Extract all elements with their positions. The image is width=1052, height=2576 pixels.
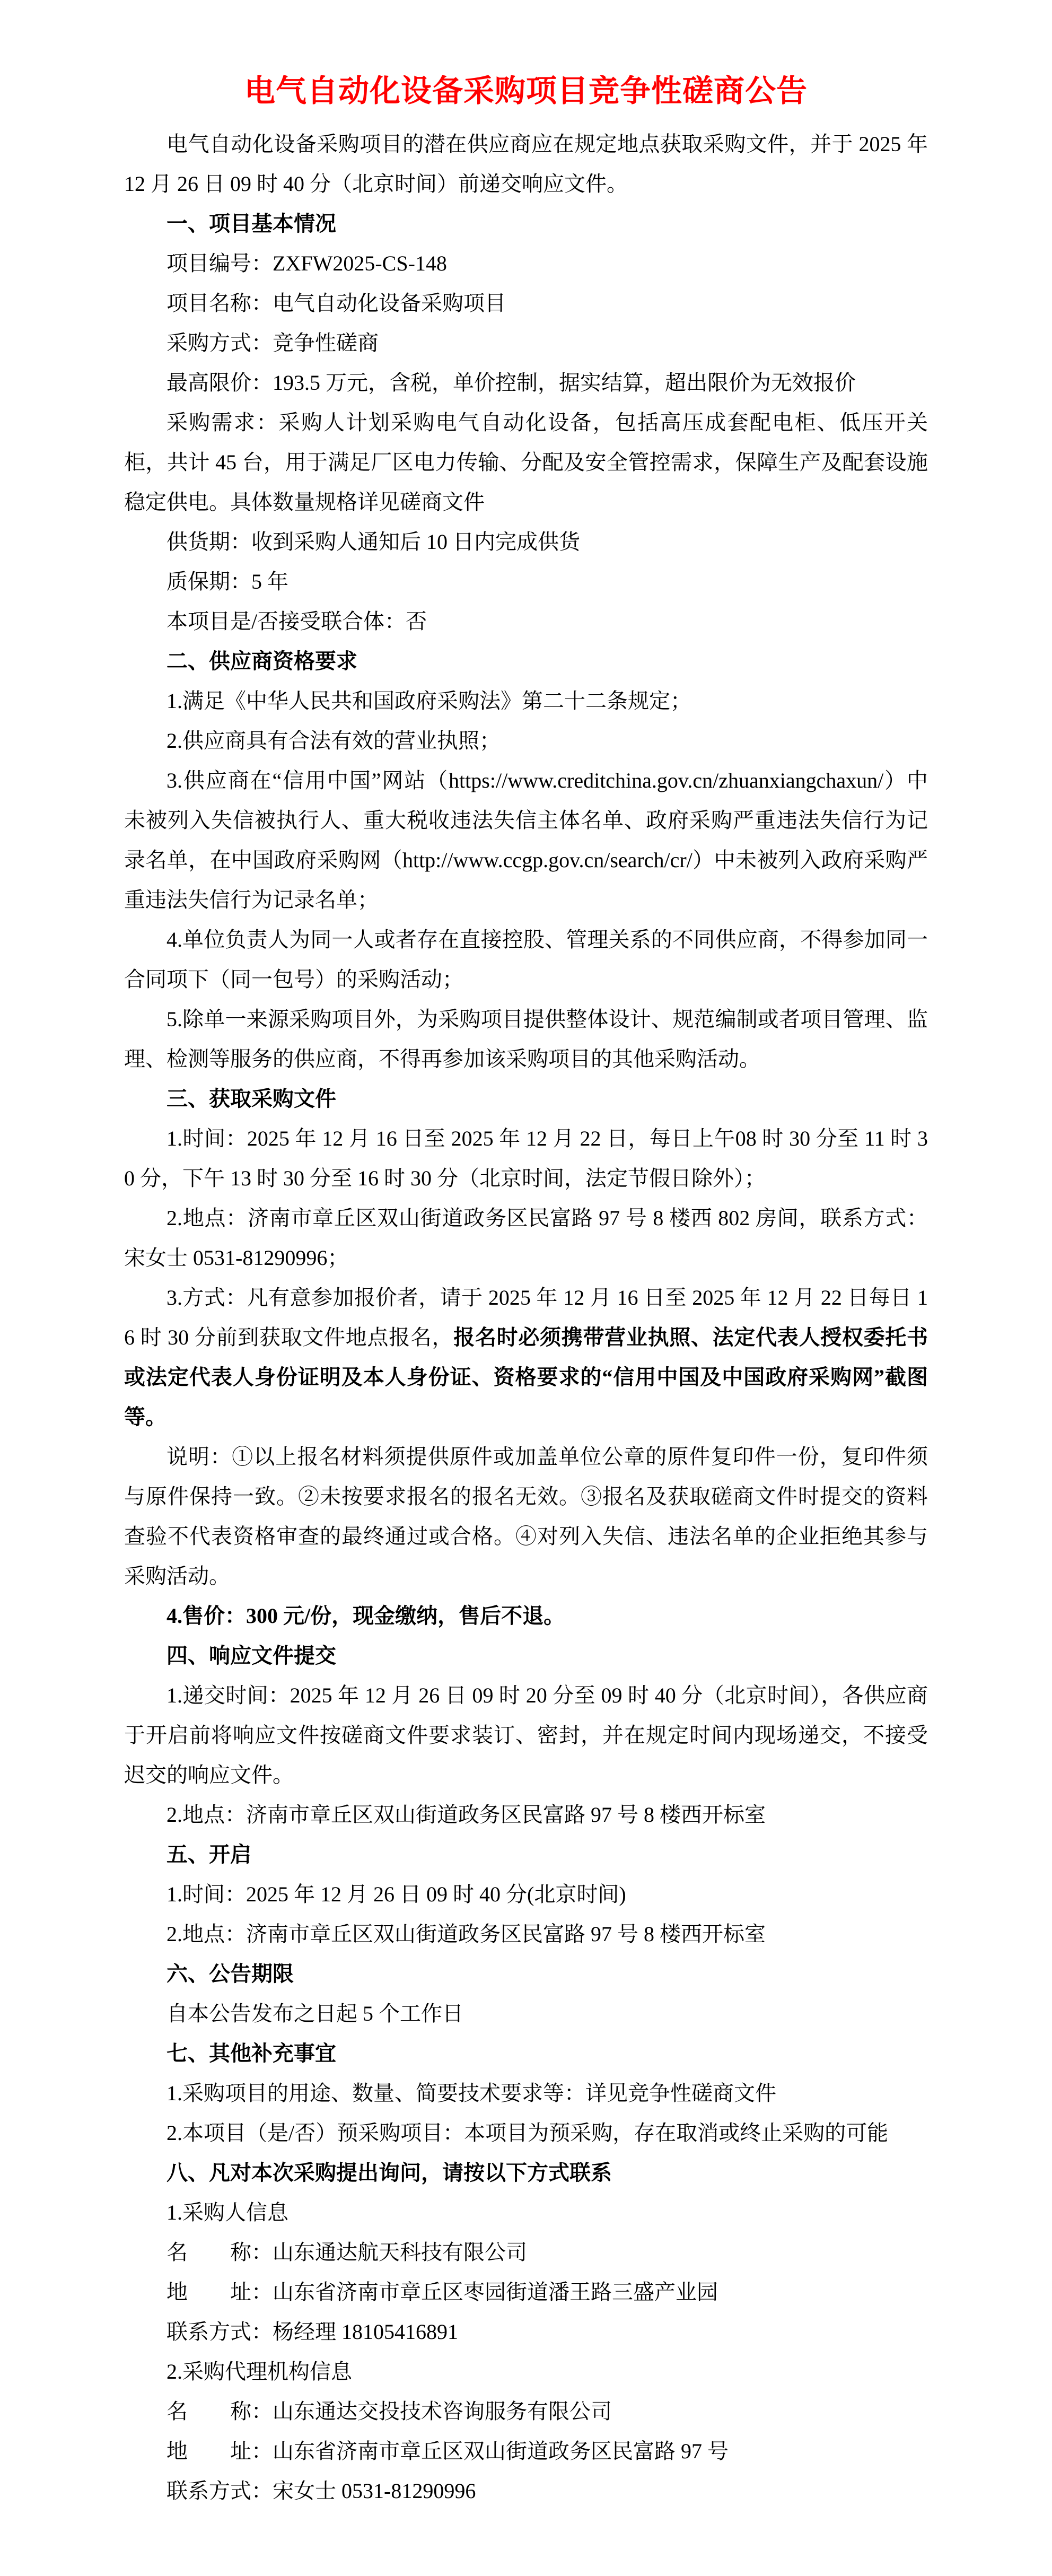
text-run: 2.地点：济南市章丘区双山街道政务区民富路 97 号 8 楼西开标室 — [166, 1922, 766, 1946]
text-run: 1.采购项目的用途、数量、简要技术要求等：详见竞争性磋商文件 — [166, 2081, 776, 2105]
doc-content: 电气自动化设备采购项目的潜在供应商应在规定地点获取采购文件，并于 2025 年 … — [0, 124, 1052, 2511]
agency-contact: 联系方式：宋女士 0531-81290996 — [124, 2471, 928, 2511]
text-run: 地 址：山东省济南市章丘区双山街道政务区民富路 97 号 — [166, 2439, 729, 2463]
bold-text-run: 六、公告期限 — [166, 1962, 294, 1986]
purchaser-name: 名 称：山东通达航天科技有限公司 — [124, 2232, 928, 2272]
submit-time: 1.递交时间：2025 年 12 月 26 日 09 时 20 分至 09 时 … — [124, 1675, 928, 1795]
bold-text-run: 三、获取采购文件 — [166, 1087, 336, 1111]
text-run: 电气自动化设备采购项目的潜在供应商应在规定地点获取采购文件，并于 2025 年 … — [124, 132, 928, 196]
obtain-method: 3.方式：凡有意参加报价者，请于 2025 年 12 月 16 日至 2025 … — [124, 1278, 928, 1437]
document-price: 4.售价：300 元/份，现金缴纳，售后不退。 — [124, 1596, 928, 1636]
qualification-item-1: 1.满足《中华人民共和国政府采购法》第二十二条规定； — [124, 681, 928, 721]
doc-title: 电气自动化设备采购项目竞争性磋商公告 — [0, 0, 1052, 124]
text-run: 项目编号：ZXFW2025-CS-148 — [166, 251, 447, 275]
section-1-heading: 一、项目基本情况 — [124, 204, 928, 243]
bold-text-run: 二、供应商资格要求 — [166, 649, 357, 673]
qualification-item-4: 4.单位负责人为同一人或者存在直接控股、管理关系的不同供应商，不得参加同一合同项… — [124, 920, 928, 999]
text-run: 2.地点：济南市章丘区双山街道政务区民富路 97 号 8 楼西开标室 — [166, 1803, 766, 1827]
bold-text-run: 一、项目基本情况 — [166, 212, 336, 235]
text-run: 5.除单一来源采购项目外，为采购项目提供整体设计、规范编制或者项目管理、监理、检… — [124, 1007, 928, 1071]
obtain-note: 说明：①以上报名材料须提供原件或加盖单位公章的原件复印件一份，复印件须与原件保持… — [124, 1437, 928, 1596]
document-page: 电气自动化设备采购项目竞争性磋商公告 电气自动化设备采购项目的潜在供应商应在规定… — [0, 0, 1052, 2576]
text-run: 自本公告发布之日起 5 个工作日 — [166, 2002, 463, 2025]
supply-period: 供货期：收到采购人通知后 10 日内完成供货 — [124, 522, 928, 562]
project-name: 项目名称：电气自动化设备采购项目 — [124, 283, 928, 323]
text-run: 4.单位负责人为同一人或者存在直接控股、管理关系的不同供应商，不得参加同一合同项… — [124, 928, 928, 991]
purchaser-address: 地 址：山东省济南市章丘区枣园街道潘王路三盛产业园 — [124, 2272, 928, 2312]
section-3-heading: 三、获取采购文件 — [124, 1079, 928, 1119]
qualification-item-3: 3.供应商在“信用中国”网站（https://www.creditchina.g… — [124, 761, 928, 920]
text-run: 项目名称：电气自动化设备采购项目 — [166, 291, 506, 315]
text-run: 联系方式：宋女士 0531-81290996 — [166, 2479, 476, 2503]
text-run: 1.时间：2025 年 12 月 26 日 09 时 40 分(北京时间) — [166, 1882, 626, 1906]
procurement-demand: 采购需求：采购人计划采购电气自动化设备，包括高压成套配电柜、低压开关柜，共计 4… — [124, 403, 928, 522]
agency-name: 名 称：山东通达交投技术咨询服务有限公司 — [124, 2391, 928, 2431]
text-run: 2.本项目（是/否）预采购项目：本项目为预采购，存在取消或终止采购的可能 — [166, 2121, 888, 2145]
submit-place: 2.地点：济南市章丘区双山街道政务区民富路 97 号 8 楼西开标室 — [124, 1795, 928, 1835]
purchaser-contact: 联系方式：杨经理 18105416891 — [124, 2312, 928, 2352]
supplement-item-2: 2.本项目（是/否）预采购项目：本项目为预采购，存在取消或终止采购的可能 — [124, 2113, 928, 2153]
supplement-item-1: 1.采购项目的用途、数量、简要技术要求等：详见竞争性磋商文件 — [124, 2073, 928, 2113]
text-run: 采购需求：采购人计划采购电气自动化设备，包括高压成套配电柜、低压开关柜，共计 4… — [124, 411, 928, 514]
section-6-heading: 六、公告期限 — [124, 1954, 928, 1994]
bold-text-run: 八、凡对本次采购提出询问，请按以下方式联系 — [166, 2161, 612, 2185]
bold-text-run: 4.售价：300 元/份，现金缴纳，售后不退。 — [166, 1604, 565, 1628]
procurement-method: 采购方式：竞争性磋商 — [124, 323, 928, 363]
purchaser-info-label: 1.采购人信息 — [124, 2193, 928, 2232]
text-run: 3.供应商在“信用中国”网站（https://www.creditchina.g… — [124, 769, 928, 912]
bold-text-run: 五、开启 — [166, 1843, 251, 1866]
text-run: 2.采购代理机构信息 — [166, 2360, 352, 2383]
text-run: 2.地点：济南市章丘区双山街道政务区民富路 97 号 8 楼西 802 房间，联… — [124, 1206, 928, 1270]
agency-info-label: 2.采购代理机构信息 — [124, 2352, 928, 2391]
announcement-period: 自本公告发布之日起 5 个工作日 — [124, 1994, 928, 2033]
consortium: 本项目是/否接受联合体：否 — [124, 601, 928, 641]
text-run: 说明：①以上报名材料须提供原件或加盖单位公章的原件复印件一份，复印件须与原件保持… — [124, 1445, 928, 1588]
project-number: 项目编号：ZXFW2025-CS-148 — [124, 243, 928, 283]
open-time: 1.时间：2025 年 12 月 26 日 09 时 40 分(北京时间) — [124, 1874, 928, 1914]
text-run: 名 称：山东通达航天科技有限公司 — [166, 2240, 527, 2264]
text-run: 联系方式：杨经理 18105416891 — [166, 2320, 458, 2344]
text-run: 质保期：5 年 — [166, 570, 288, 593]
section-5-heading: 五、开启 — [124, 1835, 928, 1874]
open-place: 2.地点：济南市章丘区双山街道政务区民富路 97 号 8 楼西开标室 — [124, 1914, 928, 1954]
text-run: 采购方式：竞争性磋商 — [166, 331, 379, 355]
section-7-heading: 七、其他补充事宜 — [124, 2033, 928, 2073]
text-run: 1.递交时间：2025 年 12 月 26 日 09 时 20 分至 09 时 … — [124, 1683, 928, 1787]
text-run: 最高限价：193.5 万元，含税，单价控制，据实结算，超出限价为无效报价 — [166, 371, 856, 395]
bold-text-run: 七、其他补充事宜 — [166, 2041, 336, 2065]
text-run: 2.供应商具有合法有效的营业执照； — [166, 729, 501, 753]
max-price: 最高限价：193.5 万元，含税，单价控制，据实结算，超出限价为无效报价 — [124, 363, 928, 403]
text-run: 地 址：山东省济南市章丘区枣园街道潘王路三盛产业园 — [166, 2280, 718, 2304]
text-run: 1.满足《中华人民共和国政府采购法》第二十二条规定； — [166, 689, 691, 713]
section-4-heading: 四、响应文件提交 — [124, 1636, 928, 1675]
qualification-item-5: 5.除单一来源采购项目外，为采购项目提供整体设计、规范编制或者项目管理、监理、检… — [124, 999, 928, 1079]
obtain-time: 1.时间：2025 年 12 月 16 日至 2025 年 12 月 22 日，… — [124, 1119, 928, 1198]
warranty-period: 质保期：5 年 — [124, 562, 928, 601]
text-run: 名 称：山东通达交投技术咨询服务有限公司 — [166, 2399, 612, 2423]
intro-paragraph: 电气自动化设备采购项目的潜在供应商应在规定地点获取采购文件，并于 2025 年 … — [124, 124, 928, 204]
qualification-item-2: 2.供应商具有合法有效的营业执照； — [124, 721, 928, 761]
bold-text-run: 四、响应文件提交 — [166, 1644, 336, 1667]
text-run: 1.时间：2025 年 12 月 16 日至 2025 年 12 月 22 日，… — [124, 1127, 928, 1190]
agency-address: 地 址：山东省济南市章丘区双山街道政务区民富路 97 号 — [124, 2431, 928, 2471]
section-2-heading: 二、供应商资格要求 — [124, 641, 928, 681]
obtain-place: 2.地点：济南市章丘区双山街道政务区民富路 97 号 8 楼西 802 房间，联… — [124, 1198, 928, 1278]
text-run: 供货期：收到采购人通知后 10 日内完成供货 — [166, 530, 580, 554]
text-run: 1.采购人信息 — [166, 2200, 288, 2224]
section-8-heading: 八、凡对本次采购提出询问，请按以下方式联系 — [124, 2153, 928, 2193]
text-run: 本项目是/否接受联合体：否 — [166, 609, 427, 633]
